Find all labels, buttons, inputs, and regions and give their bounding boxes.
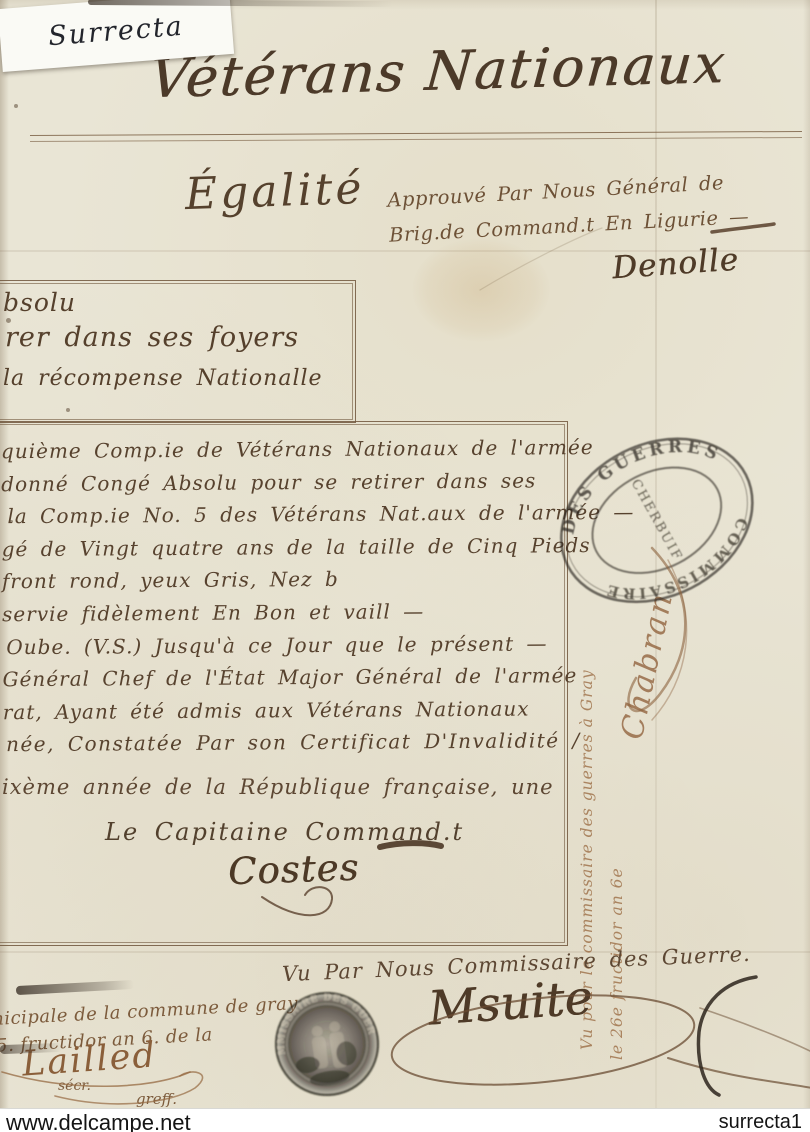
ink-speck [98,372,101,375]
watermark-right: surrecta1 [719,1111,802,1132]
flourish-overlay [0,0,810,1132]
footer-strip: www.delcampe.net surrecta1 [0,1108,810,1132]
ink-speck [6,318,11,323]
ink-speck [42,332,45,335]
signature-tail [668,1058,810,1088]
paper-crease-diagonal [480,228,602,290]
officer-line-dash [380,843,441,847]
ink-speck [10,520,13,523]
signature-swash [700,1008,810,1052]
lailled-underline-1 [2,1072,190,1086]
margin-flourish-large [629,548,686,711]
ink-speck [14,104,18,108]
document-scan: Vétérans Nationaux Égalité Approuvé Par … [0,0,810,1132]
costes-flourish [262,887,332,915]
ligurie-dash-flourish [712,224,774,232]
lailled-underline-2 [55,1072,203,1104]
watermark-left: www.delcampe.net [6,1110,191,1132]
signature-loop [387,982,698,1097]
ink-speck [66,408,70,412]
